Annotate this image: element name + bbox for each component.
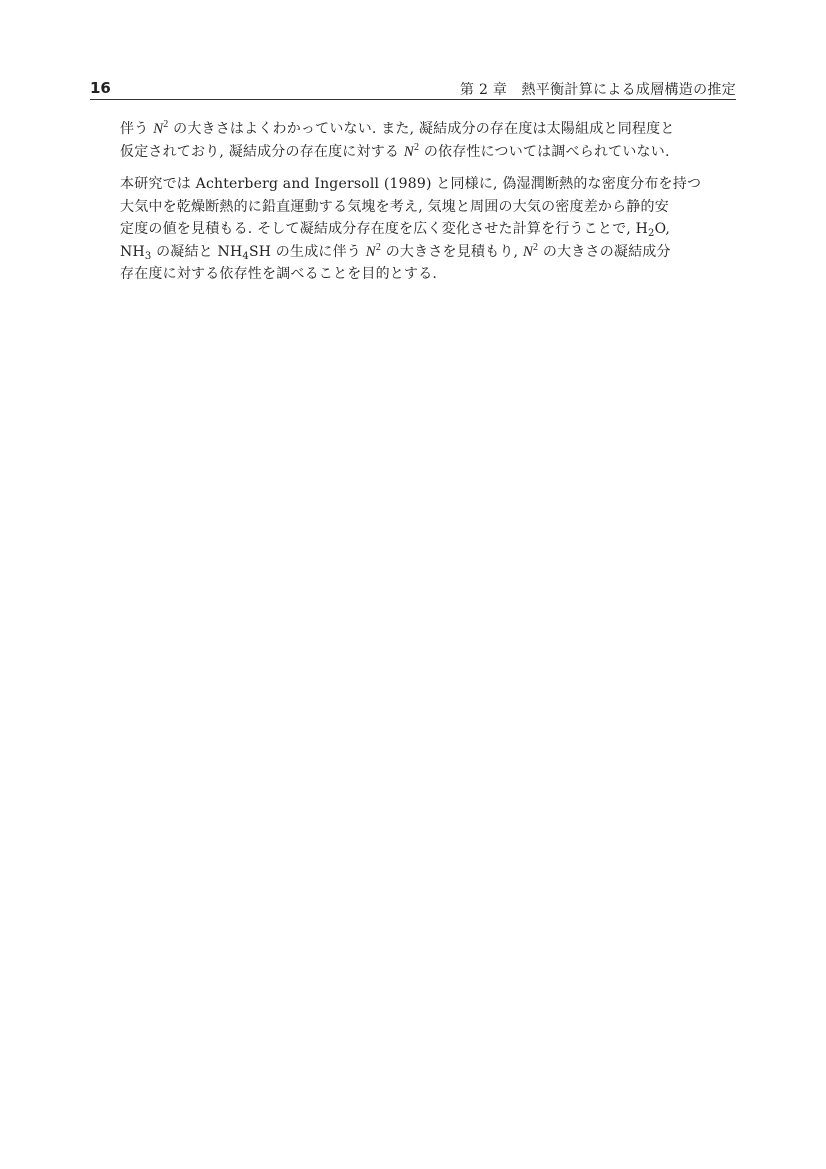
math-symbol: N2 [366,244,381,260]
running-head: 第 2 章 熱平衡計算による成層構造の推定 [460,79,736,99]
text-line: 仮定されており, 凝結成分の存在度に対する N2 の依存性については調べられてい… [120,141,736,164]
math-symbol: N2 [153,121,168,137]
page-header: 16 第 2 章 熱平衡計算による成層構造の推定 [90,78,736,100]
text-line: 大気中を乾燥断熱的に鉛直運動する気塊を考え, 気塊と周囲の大気の密度差から静的安 [120,196,736,219]
paragraph: 本研究では Achterberg and Ingersoll (1989) と同… [120,173,736,286]
text-line: 定度の値を見積もる. そして凝結成分存在度を広く変化させた計算を行うことで, H… [120,218,736,241]
subscript: 3 [145,251,152,262]
text-line: 伴う N2 の大きさはよくわかっていない. また, 凝結成分の存在度は太陽組成と… [120,118,736,141]
subscript: 2 [648,228,655,239]
page-number: 16 [90,79,111,97]
paragraph: 伴う N2 の大きさはよくわかっていない. また, 凝結成分の存在度は太陽組成と… [120,118,736,163]
math-symbol: N2 [404,144,419,160]
text-line: NH3 の凝結と NH4SH の生成に伴う N2 の大きさを見積もり, N2 の… [120,241,736,264]
subscript: 4 [242,251,249,262]
text-line: 存在度に対する依存性を調べることを目的とする. [120,263,736,286]
body-text: 伴う N2 の大きさはよくわかっていない. また, 凝結成分の存在度は太陽組成と… [120,118,736,296]
text-line: 本研究では Achterberg and Ingersoll (1989) と同… [120,173,736,196]
math-symbol: N2 [523,244,538,260]
